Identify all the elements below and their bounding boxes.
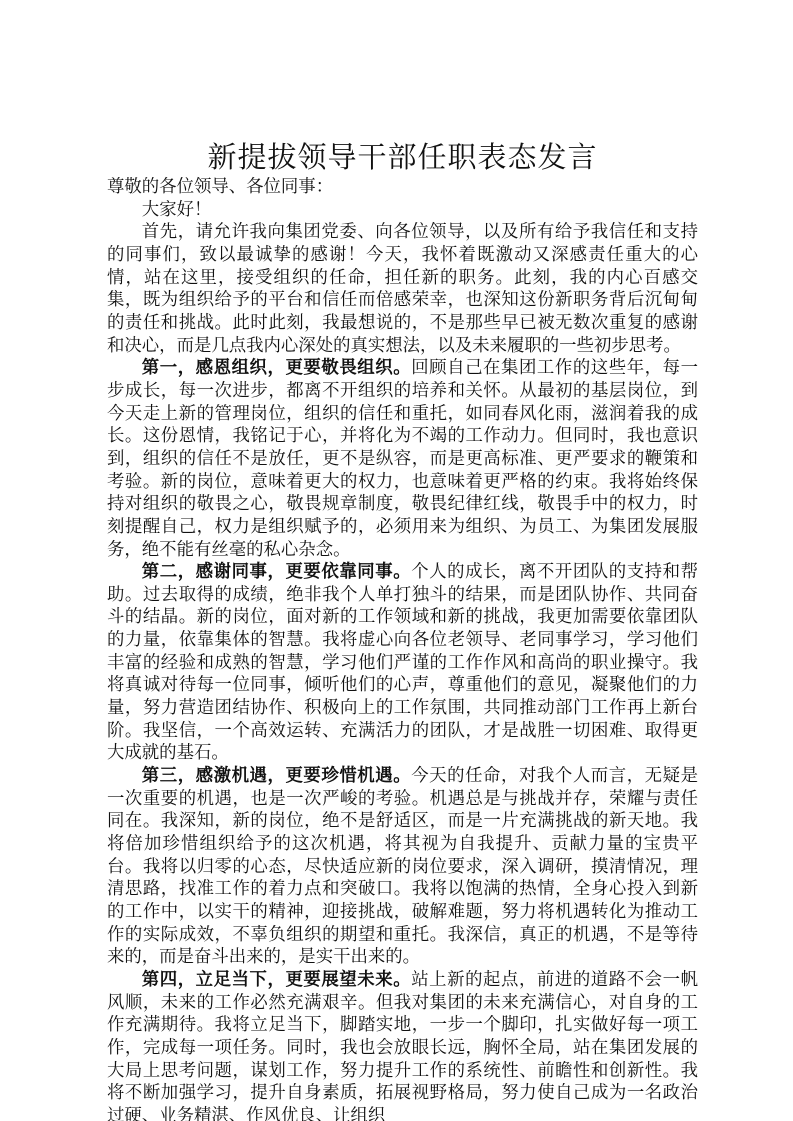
section-body: 今天的任命，对我个人而言，无疑是一次重要的机遇，也是一次严峻的考验。机遇总是与挑… [107,766,698,967]
salutation: 尊敬的各位领导、各位同事： [107,176,698,199]
section-body: 站上新的起点，前进的道路不会一帆风顺，未来的工作必然充满艰辛。但我对集团的未来充… [107,970,698,1121]
section-heading: 第三，感激机遇，更要珍惜机遇。 [142,766,411,786]
section-heading: 第二，感谢同事，更要依靠同事。 [142,562,411,582]
section-body: 个人的成长，离不开团队的支持和帮助。过去取得的成绩，绝非我个人单打独斗的结果，而… [107,562,698,763]
document-title: 新提拔领导干部任职表态发言 [107,138,698,176]
section-heading: 第四，立足当下，更要展望未来。 [142,970,411,990]
greeting: 大家好！ [107,199,698,222]
section-paragraph-4: 第四，立足当下，更要展望未来。站上新的起点，前进的道路不会一帆风顺，未来的工作必… [107,969,698,1121]
section-paragraph-1: 第一，感恩组织，更要敬畏组织。回顾自己在集团工作的这些年，每一步成长，每一次进步… [107,357,698,561]
section-body: 回顾自己在集团工作的这些年，每一步成长，每一次进步，都离不开组织的培养和关怀。从… [107,358,698,559]
document-page: 新提拔领导干部任职表态发言 尊敬的各位领导、各位同事： 大家好！ 首先，请允许我… [107,138,698,1121]
section-paragraph-2: 第二，感谢同事，更要依靠同事。个人的成长，离不开团队的支持和帮助。过去取得的成绩… [107,561,698,765]
section-heading: 第一，感恩组织，更要敬畏组织。 [142,358,411,378]
section-paragraph-3: 第三，感激机遇，更要珍惜机遇。今天的任命，对我个人而言，无疑是一次重要的机遇，也… [107,765,698,969]
intro-paragraph: 首先，请允许我向集团党委、向各位领导，以及所有给予我信任和支持的同事们，致以最诚… [107,221,698,357]
